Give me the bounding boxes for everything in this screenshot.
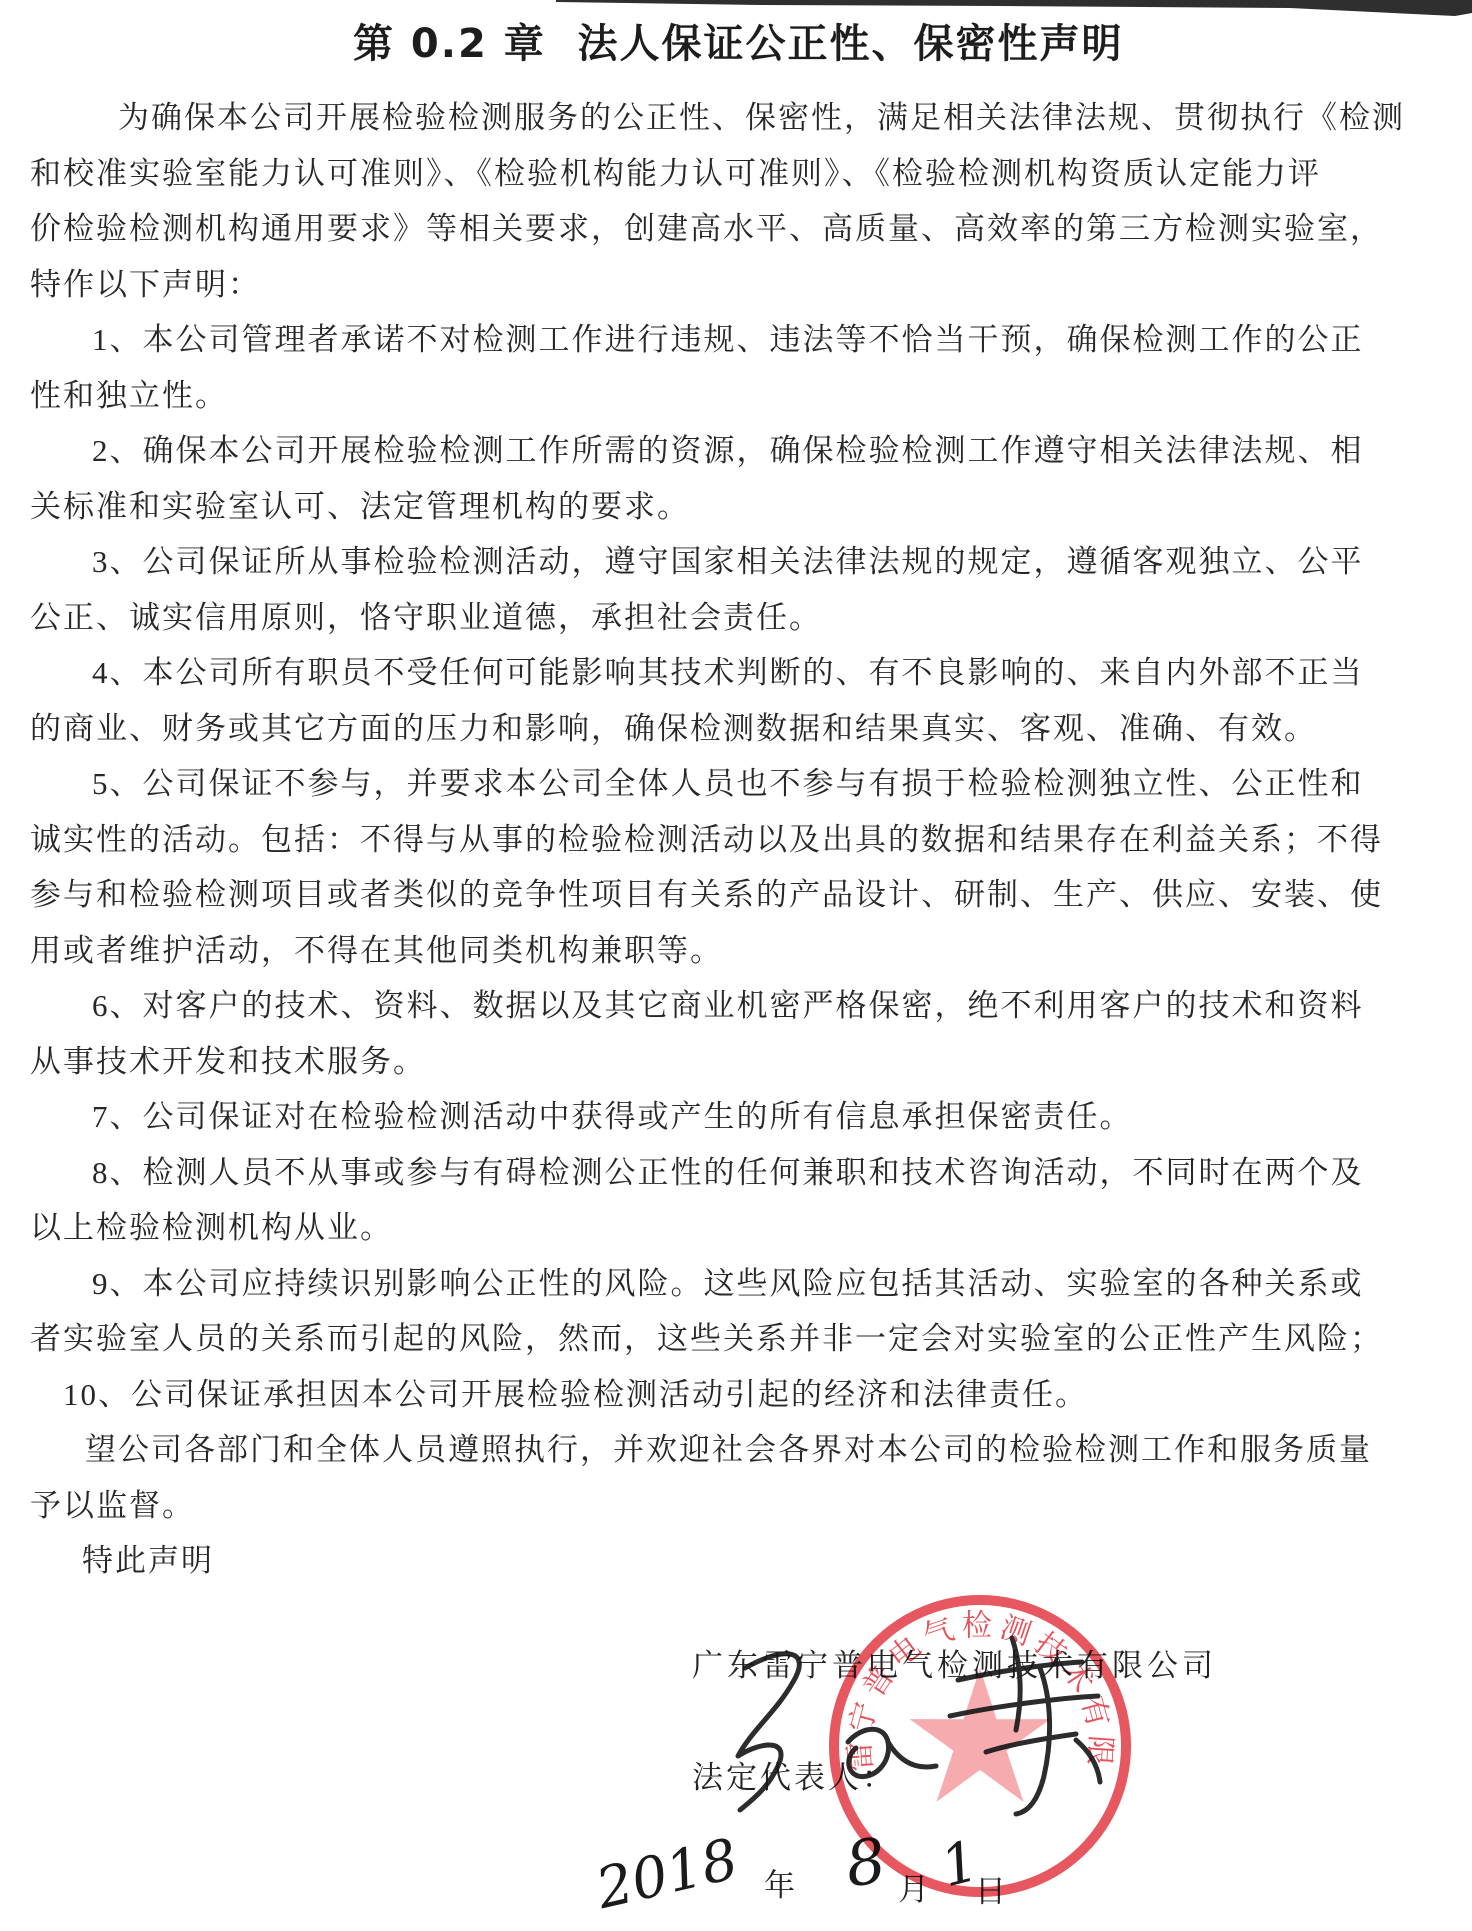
text-line: 公正、诚实信用原则，恪守职业道德，承担社会责任。	[30, 590, 1438, 646]
date-year-label: 年	[764, 1860, 795, 1905]
date-day-label: 日	[975, 1866, 1006, 1911]
text-line: 的商业、财务或其它方面的压力和影响，确保检测数据和结果真实、客观、准确、有效。	[30, 701, 1438, 757]
text-line: 用或者维护活动，不得在其他同类机构兼职等。	[30, 923, 1438, 979]
text-line: 6、对客户的技术、资料、数据以及其它商业机密严格保密，绝不利用客户的技术和资料	[30, 978, 1438, 1034]
date-month-label: 月	[898, 1864, 929, 1909]
text-line: 性和独立性。	[30, 368, 1438, 424]
signature-stroke-8	[1016, 1668, 1050, 1814]
text-line: 诚实性的活动。包括：不得与从事的检验检测活动以及出具的数据和结果存在利益关系；不…	[30, 812, 1438, 868]
text-line: 10、公司保证承担因本公司开展检验检测活动引起的经济和法律责任。	[30, 1367, 1438, 1423]
signature-stroke-9	[1076, 1740, 1100, 1782]
company-name: 广东雷宁普电气检测技术有限公司	[692, 1640, 1217, 1685]
text-line: 2、确保本公司开展检验检测工作所需的资源，确保检验检测工作遵守相关法律法规、相	[30, 423, 1438, 479]
text-line: 特此声明	[30, 1533, 1438, 1589]
text-line: 予以监督。	[30, 1478, 1438, 1534]
signature-stroke-7	[986, 1734, 1076, 1752]
scanned-document-page: 第 0.2 章 法人保证公正性、保密性声明 为确保本公司开展检验检测服务的公正性…	[0, 0, 1472, 1931]
page-title: 第 0.2 章 法人保证公正性、保密性声明	[353, 12, 1124, 69]
text-line: 4、本公司所有职员不受任何可能影响其技术判断的、有不良影响的、来自内外部不正当	[30, 645, 1438, 701]
handwritten-month-value: 8	[841, 1824, 890, 1902]
text-line: 8、检测人员不从事或参与有碍检测公正性的任何兼职和技术咨询活动，不同时在两个及	[30, 1145, 1438, 1201]
text-line: 9、本公司应持续识别影响公正性的风险。这些风险应包括其活动、实验室的各种关系或	[30, 1256, 1438, 1312]
text-line: 1、本公司管理者承诺不对检测工作进行违规、违法等不恰当干预，确保检测工作的公正	[30, 312, 1438, 368]
text-line: 者实验室人员的关系而引起的风险，然而，这些关系并非一定会对实验室的公正性产生风险…	[30, 1311, 1438, 1367]
legal-representative-label: 法定代表人：	[692, 1752, 896, 1797]
text-line: 望公司各部门和全体人员遵照执行，并欢迎社会各界对本公司的检验检测工作和服务质量	[30, 1422, 1438, 1478]
text-line: 5、公司保证不参与，并要求本公司全体人员也不参与有损于检验检测独立性、公正性和	[30, 756, 1438, 812]
document-body: 为确保本公司开展检验检测服务的公正性、保密性，满足相关法律法规、贯彻执行《检测和…	[30, 90, 1438, 1589]
stamp-star-icon	[910, 1668, 1051, 1802]
text-line: 关标准和实验室认可、法定管理机构的要求。	[30, 479, 1438, 535]
text-line: 7、公司保证对在检验检测活动中获得或产生的所有信息承担保密责任。	[30, 1089, 1438, 1145]
text-line: 参与和检验检测项目或者类似的竞争性项目有关系的产品设计、研制、生产、供应、安装、…	[30, 867, 1438, 923]
text-line: 以上检验检测机构从业。	[30, 1200, 1438, 1256]
text-line: 和校准实验室能力认可准则》、《检验机构能力认可准则》、《检验检测机构资质认定能力…	[30, 146, 1438, 202]
text-line: 价检验检测机构通用要求》等相关要求，创建高水平、高质量、高效率的第三方检测实验室…	[30, 201, 1438, 257]
signature-stroke-6	[950, 1696, 1098, 1716]
text-line: 3、公司保证所从事检验检测活动，遵守国家相关法律法规的规定，遵循客观独立、公平	[30, 534, 1438, 590]
text-line: 为确保本公司开展检验检测服务的公正性、保密性，满足相关法律法规、贯彻执行《检测	[30, 90, 1438, 146]
text-line: 从事技术开发和技术服务。	[30, 1034, 1438, 1090]
handwritten-year-value: 2018	[591, 1827, 744, 1922]
text-line: 特作以下声明：	[30, 257, 1438, 313]
